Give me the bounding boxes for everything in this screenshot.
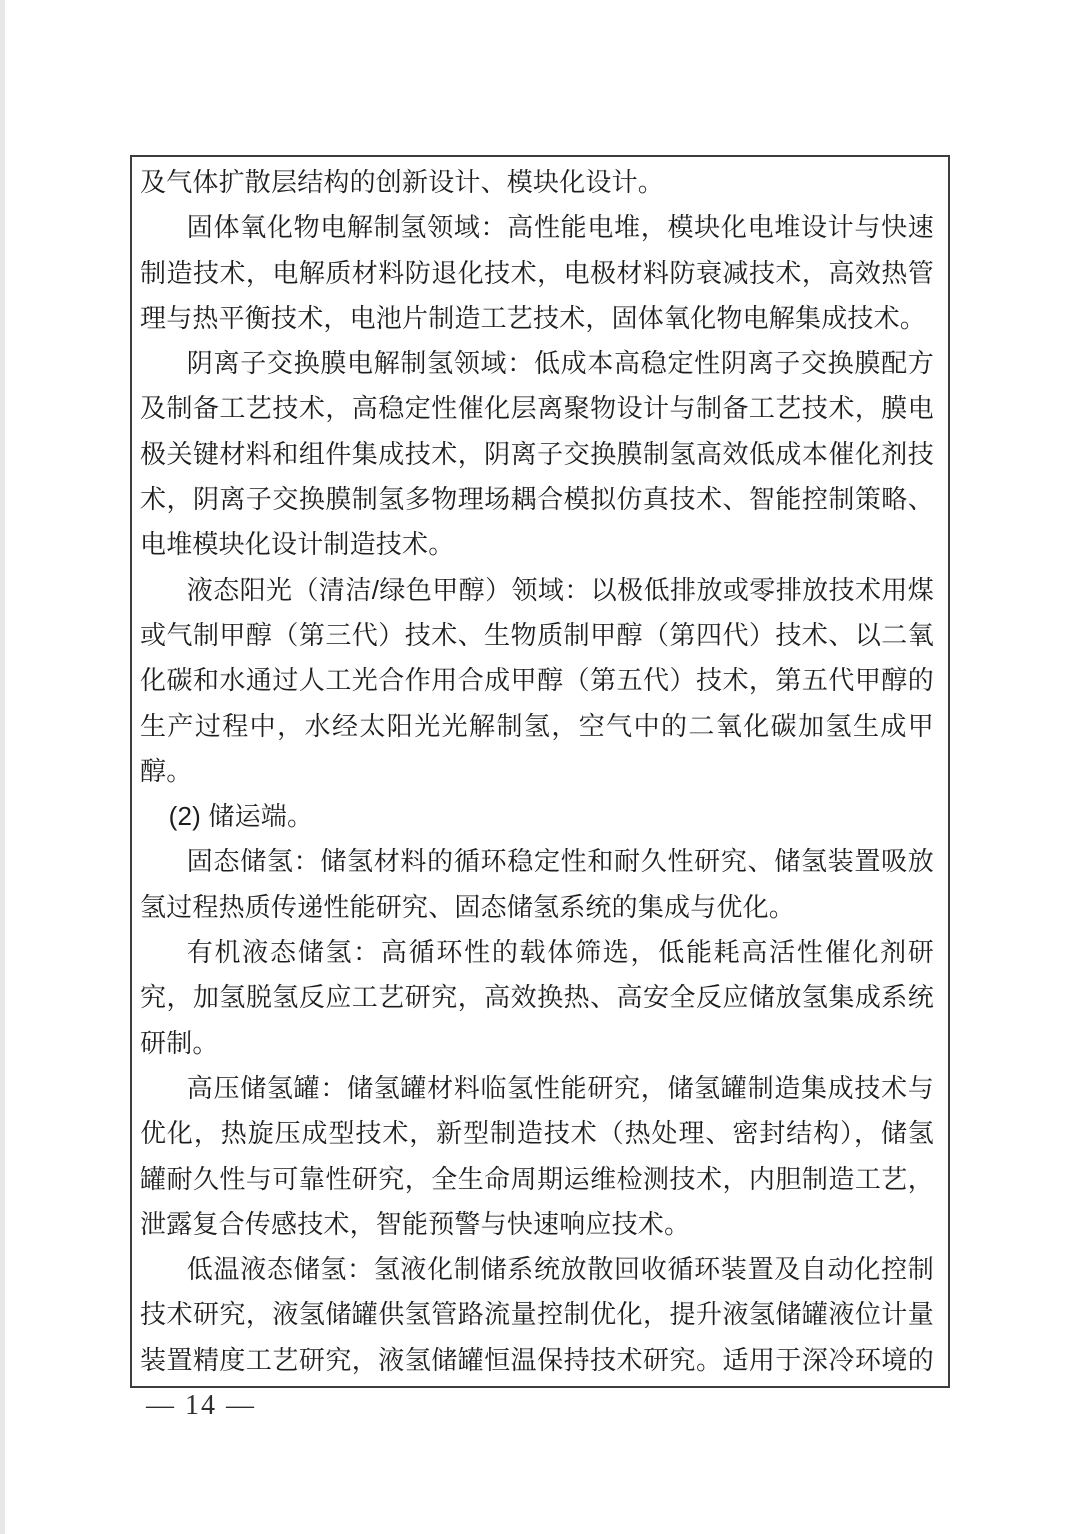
paragraph-organic-liquid-hydrogen-storage: 有机液态储氢：高循环性的载体筛选，低能耗高活性催化剂研究，加氢脱氢反应工艺研究，…: [140, 930, 934, 1066]
page-number: — 14 —: [146, 1390, 256, 1422]
document-page: 及气体扩散层结构的创新设计、模块化设计。 固体氧化物电解制氢领域：高性能电堆，模…: [0, 0, 1080, 1534]
paragraph-solid-oxide-electrolysis: 固体氧化物电解制氢领域：高性能电堆，模块化电堆设计与快速制造技术，电解质材料防退…: [140, 205, 934, 341]
paragraph-continuation: 及气体扩散层结构的创新设计、模块化设计。: [140, 160, 934, 205]
text-border-box: 及气体扩散层结构的创新设计、模块化设计。 固体氧化物电解制氢领域：高性能电堆，模…: [130, 155, 950, 1388]
paragraph-cryogenic-liquid-hydrogen-storage: 低温液态储氢：氢液化制储系统放散回收循环装置及自动化控制技术研究，液氢储罐供氢管…: [140, 1247, 934, 1388]
page-left-edge-shadow: [0, 0, 5, 1534]
paragraph-anion-exchange-membrane: 阴离子交换膜电解制氢领域：低成本高稳定性阴离子交换膜配方及制备工艺技术，高稳定性…: [140, 341, 934, 567]
section-heading-storage-transport: (2) 储运端。: [140, 794, 934, 839]
paragraph-high-pressure-hydrogen-tank: 高压储氢罐：储氢罐材料临氢性能研究，储氢罐制造集成技术与优化，热旋压成型技术，新…: [140, 1066, 934, 1247]
paragraph-solid-state-hydrogen-storage: 固态储氢：储氢材料的循环稳定性和耐久性研究、储氢装置吸放氢过程热质传递性能研究、…: [140, 839, 934, 930]
paragraph-liquid-sunshine-methanol: 液态阳光（清洁/绿色甲醇）领域：以极低排放或零排放技术用煤或气制甲醇（第三代）技…: [140, 568, 934, 794]
